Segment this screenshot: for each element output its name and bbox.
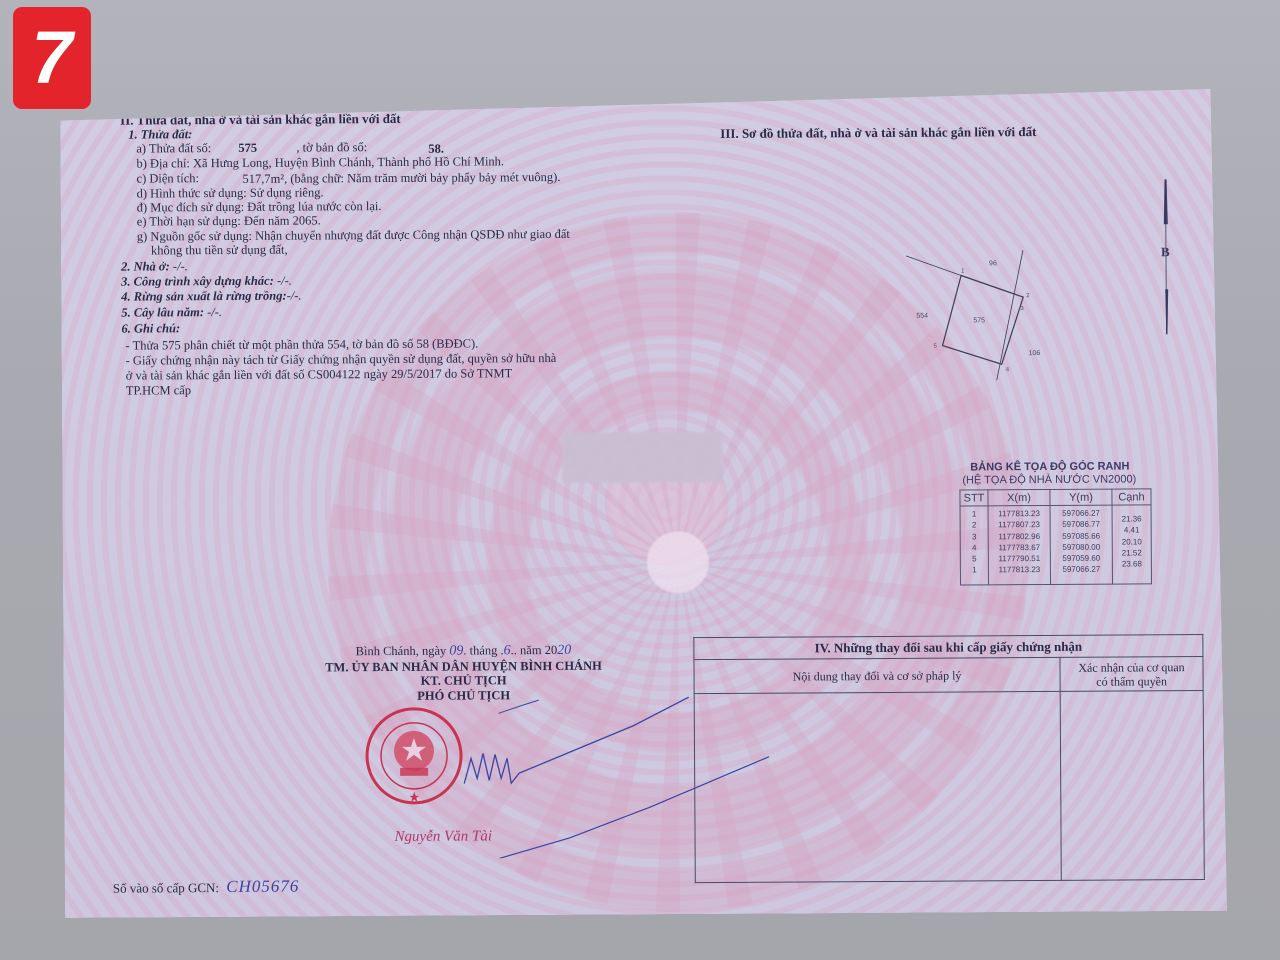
x-value: 1177790.51 [989, 553, 1050, 565]
stt-value: 5 [961, 554, 988, 565]
edge-value: 21.52 [1113, 547, 1151, 559]
map-sheet-label: , tờ bản đồ số: [296, 140, 367, 154]
note-line-4: TP.HCM cấp [126, 383, 191, 397]
coordinate-table: STT X(m) Y(m) Cạnh 123451 1177813.231177… [959, 488, 1152, 585]
item-1-heading: 1. Thửa đất: [128, 127, 192, 141]
edge-value: 23.68 [1113, 559, 1151, 571]
x-value: 1177807.23 [989, 519, 1050, 531]
section-4-title: IV. Những thay đổi sau khi cấp giấy chứn… [694, 635, 1203, 660]
neighbor-west-label: 554 [916, 313, 928, 320]
item-3-value: -/-. [277, 274, 292, 288]
year-label: năm 20 [520, 643, 557, 657]
col-header-y: Y(m) [1050, 489, 1112, 505]
item-3-construction: 3. Công trình xây dựng khác: -/-. [121, 274, 292, 289]
note-line-2: - Giấy chứng nhận này tách từ Giấy chứng… [126, 351, 557, 368]
item-2-value: -/-. [173, 259, 188, 273]
neighbor-north-label: 96 [989, 260, 997, 267]
changes-col-confirmation-line1: Xác nhận của cơ quan [1060, 660, 1202, 675]
issue-year-suffix: 20 [557, 643, 571, 658]
signer-name: Nguyễn Văn Tài [394, 828, 492, 846]
x-column: 1177813.231177807.231177802.961177783.67… [988, 505, 1050, 584]
vertex-3: 3 [1020, 306, 1024, 312]
area-label: c) Diện tích: [136, 171, 199, 185]
changes-confirmation-cell [1060, 691, 1204, 881]
issue-month: 6 [504, 643, 511, 658]
parcel-diagram: 96 554 106 575 1 2 3 4 5 [901, 250, 1042, 381]
item-4-value: -/-. [287, 289, 302, 303]
section-3-title: III. Sơ đồ thửa đất, nhà ở và tài sản kh… [720, 125, 1036, 141]
stt-column: 123451 [960, 506, 988, 585]
edge-value: 21.36 [1113, 513, 1151, 525]
x-value: 1177813.23 [989, 564, 1050, 576]
changes-col-confirmation-line2: có thẩm quyền [1061, 674, 1203, 689]
y-value: 597059.60 [1051, 553, 1112, 565]
address-line: b) Địa chỉ: Xã Hưng Long, Huyện Bình Chá… [136, 154, 504, 170]
stt-value: 1 [961, 508, 988, 519]
item-5-label: 5. Cây lâu năm: [121, 305, 204, 320]
image-number-badge: 7 [13, 7, 91, 109]
stt-value: 1 [961, 565, 988, 576]
col-header-x: X(m) [988, 489, 1050, 505]
parcel-number-value: 575 [238, 141, 257, 155]
issue-day: 09 [449, 644, 463, 659]
usage-term: e) Thời hạn sử dụng: Đến năm 2065. [137, 213, 321, 228]
edge-length-column: 21.364.4120.1021.5223.68 [1112, 505, 1151, 584]
y-value: 597066.27 [1051, 508, 1112, 520]
item-6-notes-heading: 6. Ghi chú: [121, 321, 180, 335]
y-value: 597080.00 [1051, 541, 1112, 553]
authority-line: TM. ỦY BAN NHÂN DÂN HUYỆN BÌNH CHÁNH [298, 658, 628, 675]
item-5-perennial: 5. Cây lâu năm: -/-. [121, 305, 222, 320]
vertex-5: 5 [934, 344, 938, 350]
edge-value: 4.41 [1113, 525, 1151, 537]
registry-value: CH05676 [226, 877, 299, 896]
north-arrow-icon: B [1151, 179, 1182, 339]
y-value: 597086.77 [1051, 519, 1112, 531]
usage-purpose: đ) Mục đích sử dụng: Đất trồng lúa nước … [137, 199, 382, 214]
parcel-number-label: a) Thửa đất số: [136, 141, 211, 155]
item-2-label: 2. Nhà ở: [121, 259, 170, 273]
coord-table-subtitle: (HỆ TỌA ĐỘ NHÀ NƯỚC VN2000) [962, 473, 1136, 486]
map-sheet-value: 58. [428, 142, 444, 156]
item-5-value: -/-. [207, 305, 222, 319]
item-2-house: 2. Nhà ở: -/-. [121, 259, 188, 273]
section-2-title: II. Thửa đất, nhà ở và tài sản khác gắn … [120, 112, 401, 128]
note-line-3: ở và tài sản khác gắn liền với đất số CS… [126, 366, 513, 382]
x-value: 1177813.23 [989, 508, 1050, 520]
x-value: 1177802.96 [989, 531, 1050, 543]
vertex-2: 2 [1026, 293, 1030, 299]
neighbor-east-label: 106 [1029, 350, 1041, 357]
month-label: tháng [470, 643, 498, 657]
item-4-forest: 4. Rừng sản xuất là rừng trồng:-/-. [121, 289, 301, 304]
registry-number: Số vào sổ cấp GCN: CH05676 [113, 877, 300, 898]
vertex-4: 4 [1006, 367, 1010, 373]
coord-table-title: BẢNG KÊ TỌA ĐỘ GÓC RANH [970, 460, 1129, 473]
edge-value: 20.10 [1113, 536, 1151, 548]
stt-value: 2 [961, 520, 988, 531]
item-3-label: 3. Công trình xây dựng khác: [121, 274, 274, 289]
north-arrow-label: B [1161, 244, 1170, 259]
stt-value: 4 [961, 542, 988, 553]
land-certificate-page: II. Thửa đất, nhà ở và tài sản khác gắn … [60, 89, 1227, 918]
place-date-prefix: Bình Chánh, ngày [356, 644, 447, 659]
redacted-area [562, 432, 722, 483]
y-column: 597066.27597086.77597085.66597080.005970… [1050, 505, 1112, 584]
area-value: 517,7m², (bằng chữ: Năm trăm mười bảy ph… [242, 170, 560, 186]
usage-origin-cont: không thu tiền sử dụng đất, [151, 243, 288, 258]
vertex-1: 1 [961, 268, 965, 274]
item-4-label: 4. Rừng sản xuất là rừng trồng: [121, 289, 286, 304]
y-value: 597066.27 [1051, 564, 1112, 576]
y-value: 597085.66 [1051, 530, 1112, 542]
parcel-label: 575 [973, 317, 985, 324]
changes-col-confirmation: Xác nhận của cơ quan có thẩm quyền [1060, 657, 1203, 692]
changes-table: IV. Những thay đổi sau khi cấp giấy chứn… [693, 634, 1204, 883]
official-seal-icon [364, 706, 465, 807]
changes-content-cell [694, 691, 1061, 882]
x-value: 1177783.67 [989, 542, 1050, 554]
usage-form: d) Hình thức sử dụng: Sử dụng riêng. [137, 185, 324, 200]
usage-origin: g) Nguồn gốc sử dụng: Nhận chuyển nhượng… [137, 227, 570, 244]
note-line-1: - Thửa 575 phân chiết từ một phần thửa 5… [125, 336, 478, 352]
stt-value: 3 [961, 531, 988, 542]
col-header-edge: Cạnh [1112, 489, 1151, 505]
registry-label: Số vào sổ cấp GCN: [113, 880, 219, 896]
col-header-stt: STT [960, 490, 988, 506]
changes-col-content: Nội dung thay đổi và cơ sở pháp lý [694, 657, 1060, 693]
